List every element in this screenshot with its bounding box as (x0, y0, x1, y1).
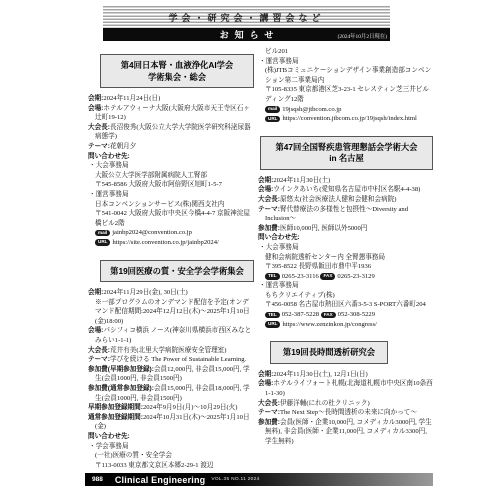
info-line: 会場:ホテルアウィーナ大阪(大阪府大阪市天王寺区石ヶ辻町19-12) (88, 104, 254, 123)
event-title-box: 第19回医療の質・安全学会学術集会 (100, 260, 254, 283)
field-label: 参加費(早期参加登録): (88, 366, 154, 373)
info-line: 日本コンベンションサービス(株)関西支社内 (88, 200, 254, 210)
info-line: 早期参加登録期間:2024年9月9日(月)〜10月29日(火) (88, 403, 254, 413)
field-label: 会期: (88, 289, 103, 296)
left-column: 第4回日本腎・血液浄化AI学会学術集会・総会会期:2024年11月24日(日)会… (88, 50, 254, 470)
category-banner: 学会・研究会・講習会など (103, 6, 390, 28)
field-label: 大会長: (258, 196, 280, 203)
field-label: 大会長: (88, 124, 110, 131)
category-banner-label: 学会・研究会・講習会など (168, 11, 324, 24)
fax-badge: FAX (321, 312, 336, 319)
event-details: ビル201・運営事務局(株)JTBコミュニケーションデザイン事業創造部コンベンシ… (258, 47, 433, 124)
right-column: ビル201・運営事務局(株)JTBコミュニケーションデザイン事業創造部コンベンシ… (258, 47, 433, 447)
info-line: 〒545-8586 大阪府大阪市阿倍野区旭町1-5-7 (88, 180, 254, 190)
field-label: 会場: (258, 186, 273, 193)
event-title: 第19回長時間透析研究会 (273, 347, 385, 359)
field-label: テーマ: (88, 356, 110, 363)
info-line: 会期:2024年11月30日(土) (258, 176, 433, 186)
info-line: 通常参加登録期間:2024年10月31日(木)〜2025年1月10日(金) (88, 413, 254, 432)
event-details: 会期:2024年11月29日(金), 30日(土)※一部プログラムのオンデマンド… (88, 288, 254, 470)
event-details: 会期:2024年11月24日(日)会場:ホテルアウィーナ大阪(大阪府大阪市天王寺… (88, 94, 254, 248)
url-badge: URL (265, 116, 280, 123)
info-line: テーマ:学びを続ける The Power of Sustainable Lear… (88, 355, 254, 365)
field-label: 参加費(通常参加登録): (88, 385, 154, 392)
field-label: 大会長: (258, 400, 280, 407)
event-title: in 名古屋 (263, 153, 430, 165)
info-line: ・運営事務局 (88, 190, 254, 200)
info-line: 会期:2024年11月30日(土), 12月1日(日) (258, 370, 433, 380)
field-label: 会期: (258, 371, 273, 378)
field-label: テーマ: (88, 143, 110, 150)
field-label: 問い合わせ先: (258, 234, 300, 241)
info-line: (一社)医療の質・安全学会 (88, 451, 254, 461)
info-line: mail19jsqsh@jtbcom.co.jp (258, 105, 433, 115)
notice-date: (2024年10月2日現在) (338, 32, 387, 40)
field-label: 会期: (258, 177, 273, 184)
info-line: 〒541-0042 大阪府大阪市中央区今橋4-4-7 京阪神淀屋橋ビル2階 (88, 209, 254, 228)
info-line: 参加費(通常参加登録):会員15,000円, 非会員18,000円, 学生(会員… (88, 384, 254, 403)
magazine-page: 学会・研究会・講習会など お知らせ (2024年10月2日現在) 第4回日本腎・… (0, 0, 500, 500)
info-line: ・運営事務局 (258, 281, 433, 291)
field-label: 会期: (88, 95, 103, 102)
footer-bar: 988 Clinical Engineering VOL.35 NO.11 20… (85, 473, 433, 486)
field-label: 会場: (258, 380, 273, 387)
info-line: 会期:2024年11月29日(金), 30日(土) (88, 288, 254, 298)
mail-badge: mail (95, 230, 110, 237)
info-line: 大会長:荒井有美(北里大学病院医療安全管理室) (88, 346, 254, 356)
info-line: URLhttps://site.convention.co.jp/jainbp2… (88, 238, 254, 248)
info-line: 会期:2024年11月24日(日) (88, 94, 254, 104)
event-title: 第4回日本腎・血液浄化AI学会 (103, 60, 251, 72)
field-label: 参加費: (258, 225, 280, 232)
info-line: mailjainbp2024@convention.co.jp (88, 228, 254, 238)
info-line: テーマ:腎代替療法の多様性と包摂性〜Diversity and Inclusio… (258, 205, 433, 224)
page-number: 988 (92, 476, 103, 483)
event-title-box: 第47回全国腎疾患管理懇話会学術大会in 名古屋 (260, 136, 433, 170)
info-line: 問い合わせ先: (88, 152, 254, 162)
info-line: もちクリエイティブ(株) (258, 291, 433, 301)
info-line: 問い合わせ先: (88, 432, 254, 442)
info-line: ・運営事務局 (258, 57, 433, 67)
field-label: 通常参加登録期間: (88, 414, 143, 421)
event-details: 会期:2024年11月30日(土)会場:ウインクあいち(愛知県名古屋市中村区名駅… (258, 176, 433, 330)
info-line: 大阪公立大学医学部附属病院人工腎部 (88, 171, 254, 181)
info-line: URLhttps://www.zenzinkon.jp/congress/ (258, 320, 433, 330)
info-line: テーマ:The Next Step〜長時間透析の未来に向かって〜 (258, 408, 433, 418)
field-label: 大会長: (88, 347, 110, 354)
info-line: 会場:ウインクあいち(愛知県名古屋市中村区名駅4-4-38) (258, 185, 433, 195)
info-line: 〒456-0058 名古屋市熱田区六番3-5-3 S-PORT六番町204 (258, 300, 433, 310)
info-line: ビル201 (258, 47, 433, 57)
field-label: 会場: (88, 327, 103, 334)
info-line: 〒395-8522 長野県飯田市鼎中平1936 (258, 262, 433, 272)
info-line: 参加費:会員(医師・企業10,000円, コメディカル3000円, 学生無料),… (258, 418, 433, 447)
info-line: (株)JTBコミュニケーションデザイン事業創造部コンベンション第二事業局内 (258, 66, 433, 85)
info-line: 会場:ホテルライフォート札幌(北海道札幌市中央区南10条西1-1-30) (258, 379, 433, 398)
info-line: 〒113-0033 東京都文京区本郷2-29-1 渡辺 (88, 461, 254, 471)
info-line: テーマ:花朝月夕 (88, 142, 254, 152)
mail-badge: mail (265, 106, 280, 113)
info-line: ・大会事務局 (258, 243, 433, 253)
field-label: テーマ: (258, 206, 280, 213)
journal-logo: Clinical Engineering (115, 475, 206, 485)
field-label: テーマ: (258, 409, 280, 416)
tel-badge: TEL (265, 273, 280, 280)
info-line: TEL052-387-5228 FAX052-308-5229 (258, 310, 433, 320)
field-label: 早期参加登録期間: (88, 404, 143, 411)
info-line: 会場:パシフィコ横浜 ノース(神奈川県横浜市西区みなとみらい1-1-1) (88, 326, 254, 345)
info-line: 大会長:伊藤洋輔(にれの杜クリニック) (258, 399, 433, 409)
info-line: ・大会事務局 (88, 161, 254, 171)
event-title-box: 第4回日本腎・血液浄化AI学会学術集会・総会 (100, 54, 254, 88)
info-line: 参加費(早期参加登録):会員12,000円, 非会員15,000円, 学生(会員… (88, 365, 254, 384)
page-header: 学会・研究会・講習会など お知らせ (2024年10月2日現在) (103, 6, 390, 41)
field-label: 問い合わせ先: (88, 433, 130, 440)
event-title: 第19回医療の質・安全学会学術集会 (103, 266, 251, 278)
notice-title: お知らせ (214, 28, 280, 41)
event-details: 会期:2024年11月30日(土), 12月1日(日)会場:ホテルライフォート札… (258, 370, 433, 447)
info-line: 〒105-8335 東京都港区芝3-23-1 セレスティン芝三井ビルディング12… (258, 85, 433, 104)
info-line: ・学会事務局 (88, 442, 254, 452)
field-label: 問い合わせ先: (88, 153, 130, 160)
info-line: ※一部プログラムのオンデマンド配信を予定(オンデマンド配信期間:2024年12月… (88, 298, 254, 327)
tel-badge: TEL (265, 312, 280, 319)
info-line: TEL0265-23-3116 FAX0265-23-3129 (258, 272, 433, 282)
info-line: 問い合わせ先: (258, 233, 433, 243)
url-badge: URL (265, 321, 280, 328)
info-line: 参加費:医師10,000円, 医師以外5000円 (258, 224, 433, 234)
event-title: 第47回全国腎疾患管理懇話会学術大会 (263, 142, 430, 154)
url-badge: URL (95, 239, 110, 246)
info-line: 健和会病院透析センター内 全腎懇事務局 (258, 253, 433, 263)
field-label: 会場: (88, 105, 103, 112)
info-line: URLhttps://convention.jtbcom.co.jp/19jsq… (258, 114, 433, 124)
field-label: 参加費: (258, 419, 280, 426)
event-title: 学術集会・総会 (103, 72, 251, 84)
issue-info: VOL.35 NO.11 2024 (211, 477, 259, 482)
notice-bar: お知らせ (2024年10月2日現在) (103, 28, 390, 41)
fax-badge: FAX (320, 273, 335, 280)
info-line: 大会長:長沼俊秀(大阪公立大学大学院医学研究科泌尿器病態学) (88, 123, 254, 142)
info-line: 大会長:原悠太(社会医療法人健和会健和会病院) (258, 195, 433, 205)
event-title-box: 第19回長時間透析研究会 (270, 341, 388, 364)
